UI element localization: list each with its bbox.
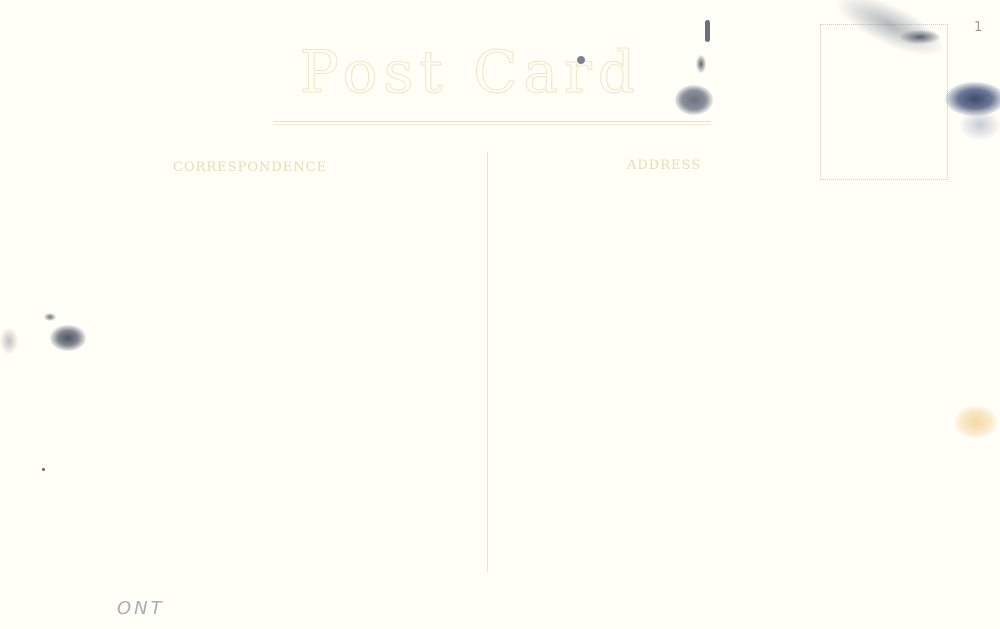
stamp-corner-mark: 1 <box>974 20 982 35</box>
ink-drip <box>705 20 710 42</box>
postcard-back: Post Card CORRESPONDENCE ADDRESS 1 ONT <box>0 0 1000 629</box>
ink-dot <box>42 468 45 471</box>
center-divider-line <box>487 152 488 572</box>
title-underline <box>273 121 711 125</box>
ink-smudge <box>0 328 18 354</box>
age-stain <box>955 406 997 438</box>
ink-dot <box>577 56 585 64</box>
ink-smudge <box>50 325 86 351</box>
postmark-ink-blot <box>960 110 1000 140</box>
postmark-ink-blot <box>900 30 940 44</box>
postcard-title: Post Card <box>300 38 680 106</box>
handwritten-note: ONT <box>117 598 165 619</box>
ink-smudge <box>696 55 706 73</box>
correspondence-label: CORRESPONDENCE <box>173 160 327 175</box>
address-label: ADDRESS <box>627 158 701 173</box>
ink-smudge <box>44 313 56 321</box>
ink-smudge <box>675 85 713 115</box>
